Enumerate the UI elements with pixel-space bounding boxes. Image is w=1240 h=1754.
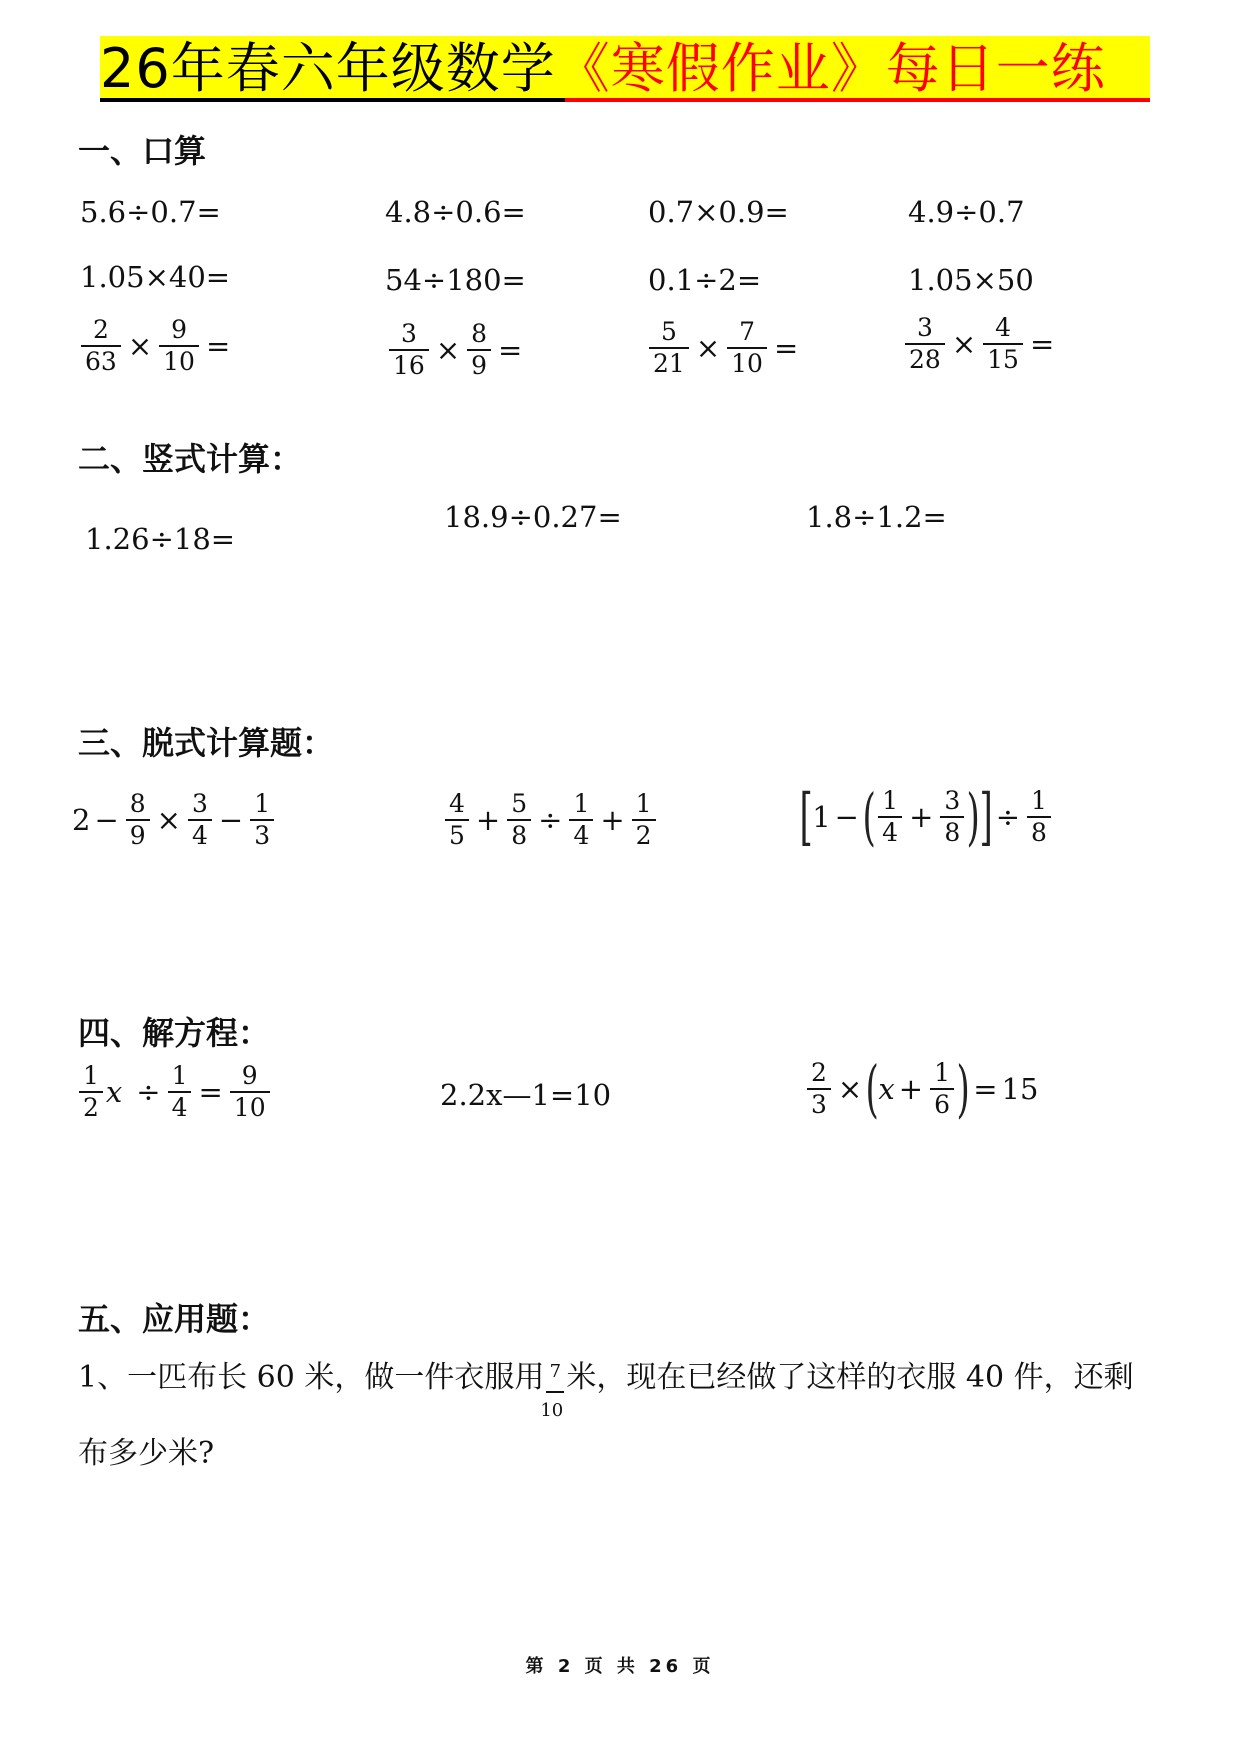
left-bracket: [ xyxy=(799,786,812,848)
oral-item-7: 0.1÷2= xyxy=(648,263,761,297)
title-main: 26年春六年级数学 xyxy=(100,36,556,102)
fraction: 89 xyxy=(467,320,491,380)
fraction: 415 xyxy=(983,314,1023,374)
fraction: 263 xyxy=(81,316,121,376)
fraction: 710 xyxy=(727,318,767,378)
vertical-calc-item-2: 18.9÷0.27= xyxy=(444,500,622,534)
fraction: 14 xyxy=(168,1062,192,1122)
document-title: 26年春六年级数学 《寒假作业》每日一练 xyxy=(100,36,1150,102)
equation-item-1: 12 x ÷ 14 = 910 xyxy=(76,1062,273,1122)
right-paren: ) xyxy=(967,786,980,848)
oral-item-12: 328 × 415 = xyxy=(902,314,1058,374)
equation-item-2: 2.2x—1=10 xyxy=(440,1078,611,1112)
fraction: 910 xyxy=(159,316,199,376)
fraction: 13 xyxy=(250,790,274,850)
fraction: 328 xyxy=(905,314,945,374)
vertical-calc-item-1: 1.26÷18= xyxy=(85,522,235,556)
section-heading-equations: 四、解方程： xyxy=(78,1008,270,1054)
section-heading-step-calc: 三、脱式计算题： xyxy=(78,718,334,764)
fraction: 34 xyxy=(188,790,212,850)
oral-item-6: 54÷180= xyxy=(385,263,526,297)
equation-item-3: 23 × ( x + 16 ) = 15 xyxy=(804,1058,1038,1120)
fraction: 45 xyxy=(445,790,469,850)
title-subtitle: 《寒假作业》每日一练 xyxy=(556,36,1106,102)
fraction: 23 xyxy=(807,1059,831,1119)
section-heading-word-problems: 五、应用题： xyxy=(78,1294,270,1340)
fraction: 316 xyxy=(389,320,429,380)
inline-fraction: 710 xyxy=(544,1360,566,1395)
left-paren: ( xyxy=(866,1058,879,1120)
step-calc-item-2: 45 + 58 ÷ 14 + 12 xyxy=(442,790,659,850)
step-calc-item-3: [ 1 − ( 14 + 38 ) ] ÷ 18 xyxy=(800,786,1054,848)
title-underline-red xyxy=(565,98,1150,102)
fraction: 910 xyxy=(230,1062,270,1122)
variable-x: x xyxy=(106,1075,122,1109)
oral-item-1: 5.6÷0.7= xyxy=(80,195,221,229)
right-bracket: ] xyxy=(979,786,992,848)
oral-item-9: 263 × 910 = xyxy=(78,316,234,376)
fraction: 14 xyxy=(878,787,902,847)
word-problem-1-line-2: 布多少米? xyxy=(78,1428,214,1472)
word-problem-1-line-1: 1、一匹布长 60 米，做一件衣服用710米，现在已经做了这样的衣服 40 件，… xyxy=(78,1352,1134,1396)
fraction: 16 xyxy=(930,1059,954,1119)
step-calc-item-1: 2 − 89 × 34 − 13 xyxy=(72,790,277,850)
section-heading-oral: 一、口算 xyxy=(78,126,206,172)
vertical-calc-item-3: 1.8÷1.2= xyxy=(806,500,947,534)
oral-item-2: 4.8÷0.6= xyxy=(385,195,526,229)
fraction: 38 xyxy=(940,787,964,847)
title-underline-black xyxy=(100,98,565,102)
fraction: 521 xyxy=(649,318,689,378)
oral-item-8: 1.05×50 xyxy=(908,263,1034,297)
oral-item-3: 0.7×0.9= xyxy=(648,195,789,229)
oral-item-5: 1.05×40= xyxy=(80,260,230,294)
oral-item-11: 521 × 710 = xyxy=(646,318,802,378)
right-paren: ) xyxy=(956,1058,969,1120)
fraction: 14 xyxy=(569,790,593,850)
variable-x: x xyxy=(878,1072,894,1106)
page-number: 第 2 页 共 26 页 xyxy=(0,1652,1240,1678)
fraction: 89 xyxy=(126,790,150,850)
fraction: 58 xyxy=(507,790,531,850)
fraction: 12 xyxy=(632,790,656,850)
left-paren: ( xyxy=(862,786,875,848)
section-heading-vertical-calc: 二、竖式计算： xyxy=(78,434,302,480)
fraction: 12 xyxy=(79,1062,103,1122)
oral-item-4: 4.9÷0.7 xyxy=(908,195,1025,229)
fraction: 18 xyxy=(1027,787,1051,847)
oral-item-10: 316 × 89 = xyxy=(386,320,526,380)
